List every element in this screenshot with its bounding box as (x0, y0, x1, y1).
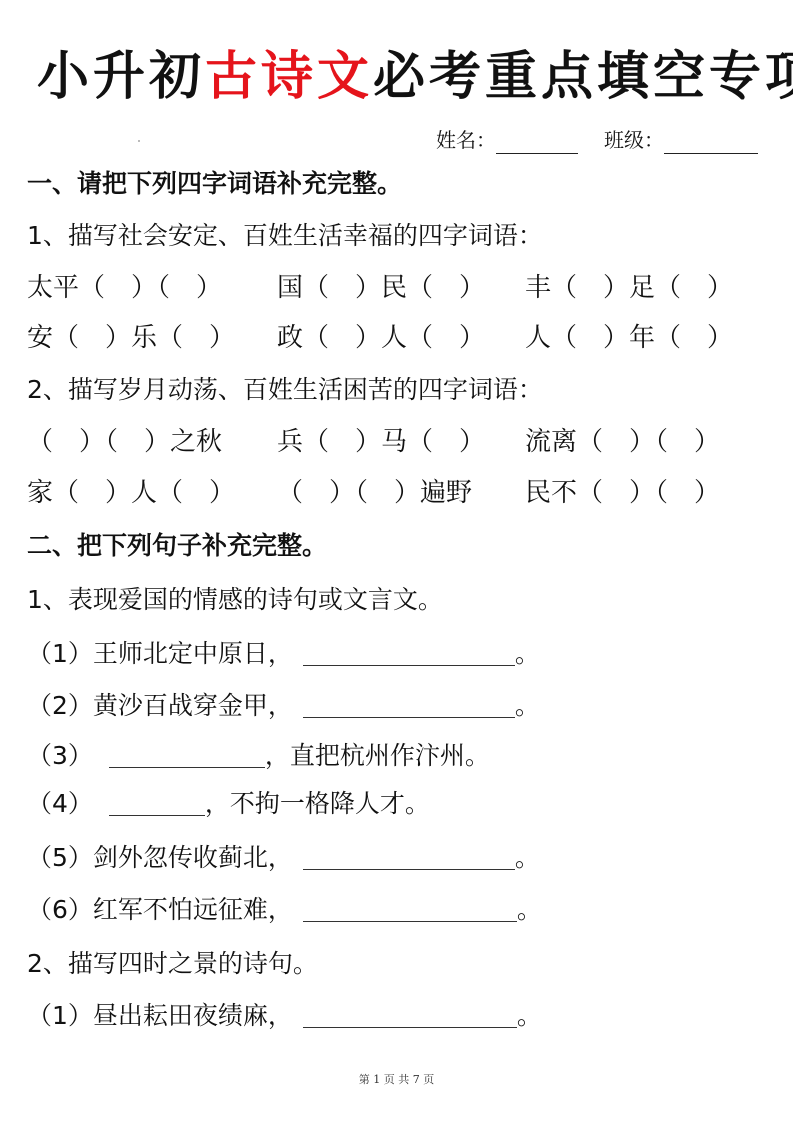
section2-q2-prompt: 2、描写四时之景的诗句。 (27, 946, 318, 982)
item-number: （1） (27, 639, 93, 668)
section2-q1-prompt: 1、表现爱国的情感的诗句或文言文。 (27, 582, 443, 618)
page-indicator: 第 1 页 共 7 页 (0, 1071, 793, 1087)
item-after: 。 (517, 1001, 542, 1030)
title-prefix: 小升初 (37, 47, 205, 107)
item-after: 。 (517, 895, 542, 924)
fill-item: （6）红军不怕远征难，。 (27, 892, 542, 928)
item-number: （2） (27, 691, 93, 720)
class-label: 班级： (604, 128, 664, 152)
item-before: 剑外忽传收蓟北， (93, 843, 293, 872)
item-number: （5） (27, 843, 93, 872)
fill-item: （3），直把杭州作汴州。 (27, 738, 490, 774)
word-item[interactable]: 安（ ）乐（ ） (27, 320, 235, 356)
name-label: 姓名： (436, 128, 496, 152)
section2-heading: 二、把下列句子补充完整。 (27, 528, 327, 564)
item-after: 。 (515, 639, 540, 668)
word-item[interactable]: 家（ ）人（ ） (27, 475, 235, 511)
answer-blank[interactable] (109, 789, 205, 816)
word-item[interactable]: （ ）（ ）遍野 (277, 475, 472, 511)
answer-blank[interactable] (303, 639, 515, 666)
item-after: 。 (515, 691, 540, 720)
word-item[interactable]: 兵（ ）马（ ） (277, 424, 485, 460)
item-number: （1） (27, 1001, 93, 1030)
section1-heading: 一、请把下列四字词语补充完整。 (27, 166, 402, 202)
item-number: （4） (27, 789, 93, 818)
section1-q1-prompt: 1、描写社会安定、百姓生活幸福的四字词语： (27, 218, 543, 254)
answer-blank[interactable] (303, 691, 515, 718)
word-item[interactable]: 丰（ ）足（ ） (525, 270, 733, 306)
word-row: 家（ ）人（ ） （ ）（ ）遍野 民不（ ）（ ） (0, 475, 793, 511)
name-field: 姓名： (436, 126, 578, 154)
fill-item: （2）黄沙百战穿金甲，。 (27, 688, 540, 724)
item-after: ，不拘一格降人才。 (205, 789, 430, 818)
item-number: （6） (27, 895, 93, 924)
word-item[interactable]: 民不（ ）（ ） (525, 475, 720, 511)
title-highlight: 古诗文 (205, 47, 373, 107)
fill-item: （5）剑外忽传收蓟北，。 (27, 840, 540, 876)
word-item[interactable]: 流离（ ）（ ） (525, 424, 720, 460)
fill-item: （1）昼出耘田夜绩麻，。 (27, 998, 542, 1034)
title-suffix: 必考重点填空专项 (373, 47, 793, 107)
word-item[interactable]: 国（ ）民（ ） (277, 270, 485, 306)
word-row: （ ）（ ）之秋 兵（ ）马（ ） 流离（ ）（ ） (0, 424, 793, 460)
item-after: 。 (515, 843, 540, 872)
item-before: 昼出耘田夜绩麻， (93, 1001, 293, 1030)
word-item[interactable]: 太平（ ）（ ） (27, 270, 222, 306)
item-before: 王师北定中原日， (93, 639, 293, 668)
stray-mark (138, 140, 140, 142)
word-row: 安（ ）乐（ ） 政（ ）人（ ） 人（ ）年（ ） (0, 320, 793, 356)
fill-item: （1）王师北定中原日，。 (27, 636, 540, 672)
word-item[interactable]: 政（ ）人（ ） (277, 320, 485, 356)
section1-q2-prompt: 2、描写岁月动荡、百姓生活困苦的四字词语： (27, 372, 543, 408)
word-item[interactable]: 人（ ）年（ ） (525, 320, 733, 356)
name-blank[interactable] (496, 129, 578, 154)
answer-blank[interactable] (303, 1001, 517, 1028)
word-item[interactable]: （ ）（ ）之秋 (27, 424, 222, 460)
class-field: 班级： (604, 126, 758, 154)
fill-item: （4），不拘一格降人才。 (27, 786, 430, 822)
answer-blank[interactable] (303, 843, 515, 870)
item-before: 黄沙百战穿金甲， (93, 691, 293, 720)
page-title: 小升初古诗文必考重点填空专项 (37, 44, 793, 110)
word-row: 太平（ ）（ ） 国（ ）民（ ） 丰（ ）足（ ） (0, 270, 793, 306)
answer-blank[interactable] (303, 895, 517, 922)
answer-blank[interactable] (109, 741, 265, 768)
item-number: （3） (27, 741, 93, 770)
item-after: ，直把杭州作汴州。 (265, 741, 490, 770)
class-blank[interactable] (664, 129, 758, 154)
item-before: 红军不怕远征难， (93, 895, 293, 924)
